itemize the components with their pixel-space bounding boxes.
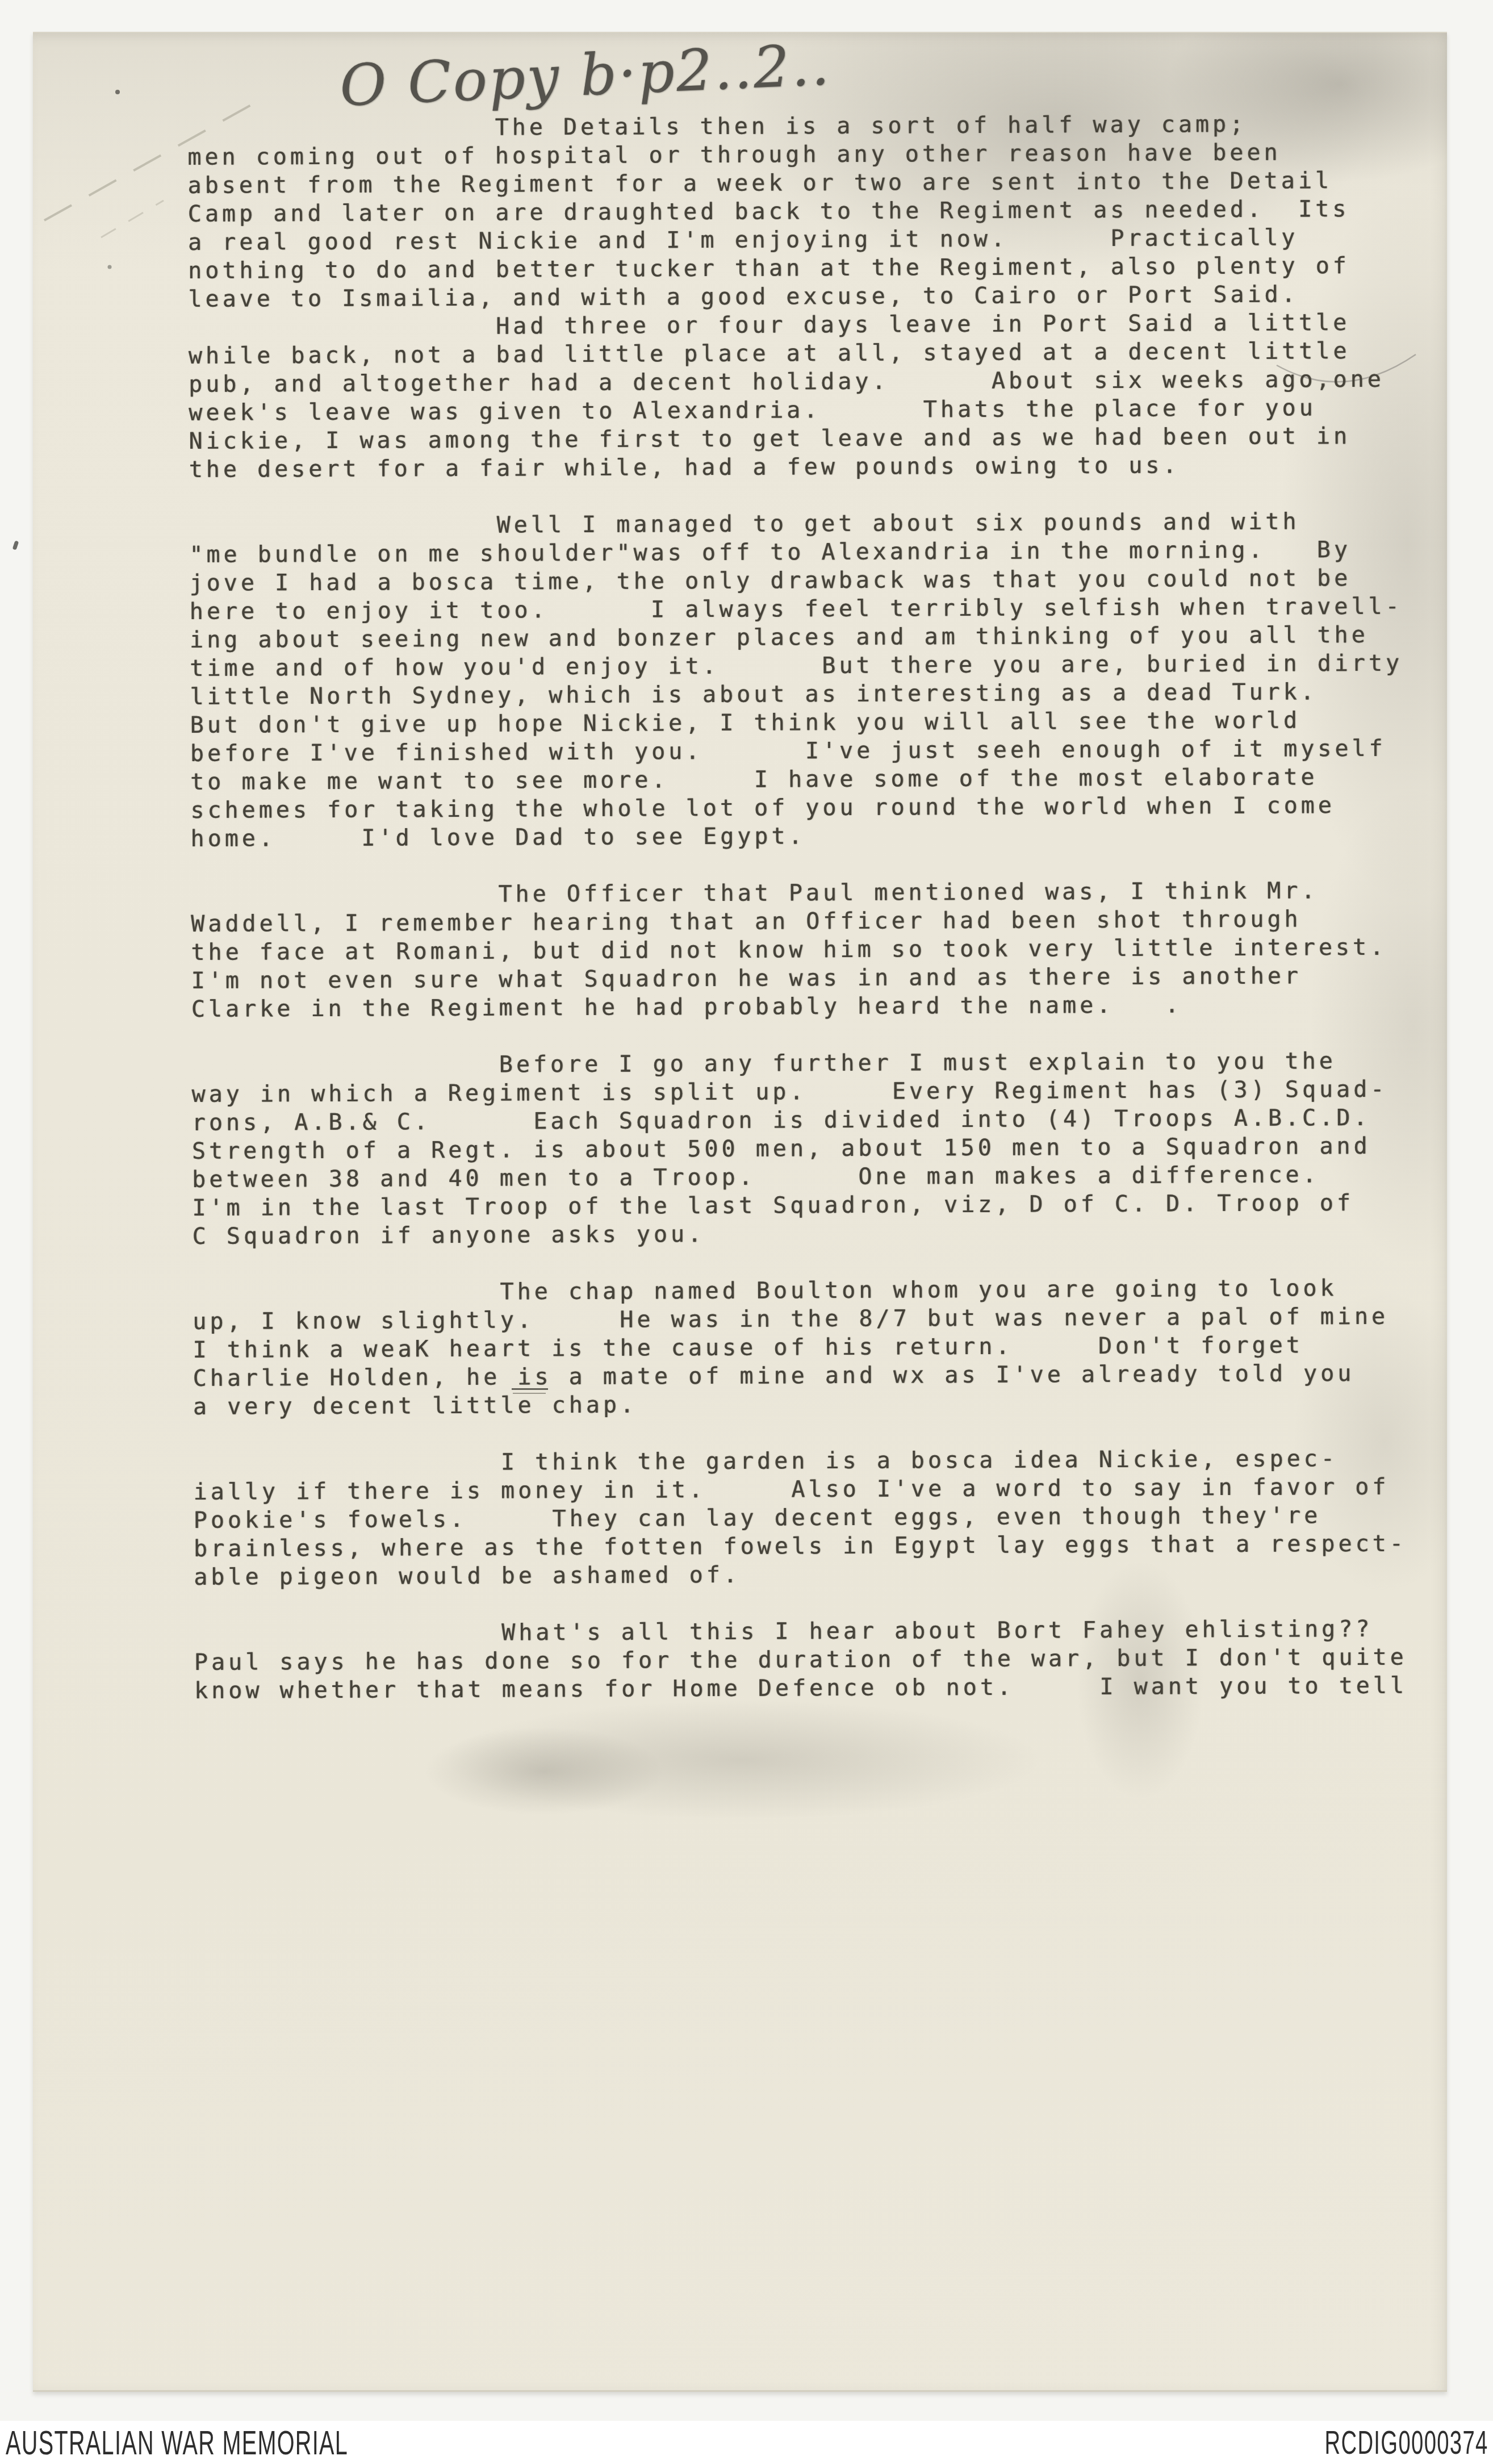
footer-bar: AUSTRALIAN WAR MEMORIAL RCDIG0000374: [0, 2421, 1493, 2464]
letter-page: O Copy b·p2..2.. The Details then is a s…: [33, 32, 1447, 2392]
margin-speck: [12, 540, 19, 550]
staple-crease-line-2: [101, 201, 164, 237]
underline-mark: [512, 1388, 548, 1390]
underline-mark-2: [513, 1393, 546, 1394]
footer-reference-id: RCDIG0000374: [1325, 2424, 1488, 2462]
ink-speck: [108, 265, 112, 269]
typed-letter-text: The Details then is a sort of half way c…: [187, 110, 1407, 1705]
footer-institution: AUSTRALIAN WAR MEMORIAL: [6, 2423, 348, 2462]
handwritten-annotation: O Copy b·p2..2..: [338, 31, 832, 119]
ink-speck: [115, 90, 120, 94]
scanned-letter-viewer: { "letter": { "annotation": "O Copy b\u0…: [0, 0, 1493, 2464]
